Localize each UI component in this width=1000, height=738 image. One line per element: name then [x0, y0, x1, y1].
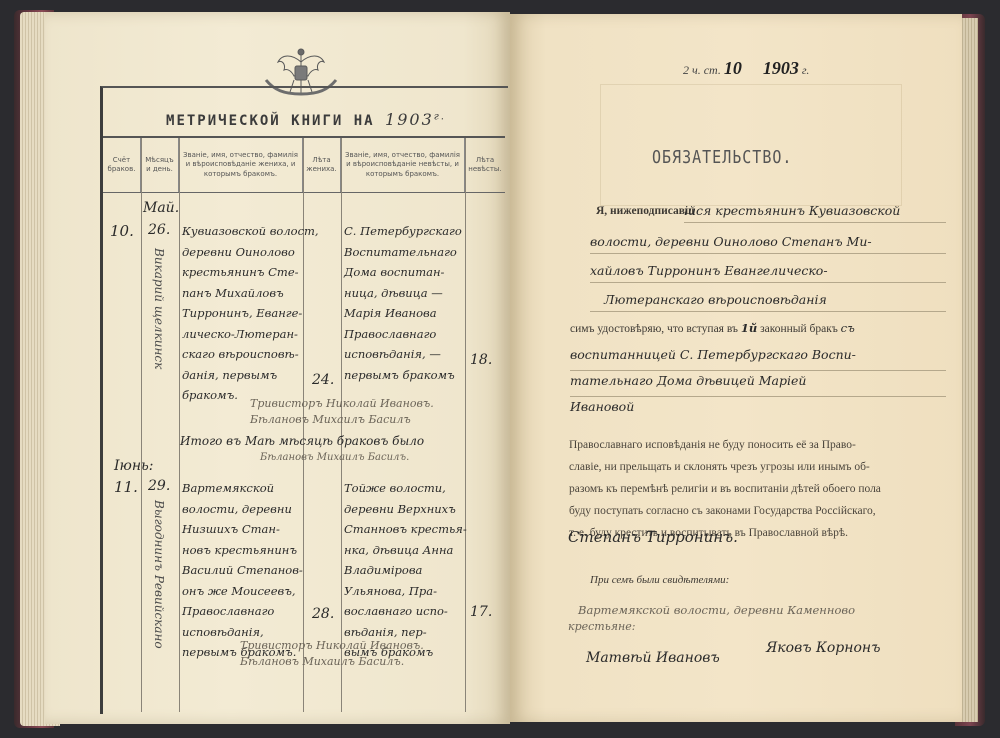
- witnesses-handwritten-line-1: Вартемякской волости, деревни Каменново: [578, 603, 855, 617]
- entry-1-bride: С. Петербургскаго Воспитательнаго Дома в…: [344, 221, 462, 385]
- stamp-prefix: 2 ч. ст.: [683, 63, 721, 77]
- column-divider: [141, 138, 142, 712]
- entry-1-officiant-note: Викарий щелкинск: [152, 248, 166, 398]
- entry-2-month: Іюнь:: [114, 458, 153, 474]
- column-divider: [179, 138, 180, 712]
- handwritten-line-2: волости, деревни Оинолово Степанъ Ми-: [590, 234, 872, 249]
- open-register-book: МЕТРИЧЕСКОЙ КНИГИ НА 1903г. Счёт браков.…: [0, 0, 1000, 738]
- entry-2-bride: Тойже волости, деревни Верхнихъ Станновъ…: [344, 478, 467, 663]
- fill-in-line: [590, 282, 946, 283]
- handwritten-line-3: хайловъ Тирронинъ Евангелическо-: [590, 263, 828, 278]
- intro-printed-text: Я, нижеподписавш: [596, 205, 695, 217]
- stamp-number: 10: [724, 58, 742, 78]
- bleed-through-frame: [600, 84, 902, 206]
- register-header-row: Счёт браков. Мѣсяцъ и день. Званіе, имя,…: [103, 138, 505, 193]
- month-summary-subnote: Бѣлановъ Михаилъ Басилъ.: [260, 452, 409, 463]
- entry-2-groom-age: 28.: [312, 606, 334, 622]
- certify-printed-text: симъ удостовѣряю, что вступая въ 1й зако…: [570, 321, 855, 335]
- entry-2-witnesses: Тривисторъ Николай Ивановъ. Бѣлановъ Мих…: [240, 638, 424, 670]
- entry-1-groom-age: 24.: [312, 372, 334, 388]
- bride-handwritten-line-3: Ивановой: [570, 399, 634, 414]
- entry-1-bride-age: 18.: [470, 352, 492, 368]
- register-title-text: МЕТРИЧЕСКОЙ КНИГИ НА: [166, 113, 375, 129]
- fill-in-line: [590, 311, 946, 312]
- entry-2-officiant-note: Выгоднинъ Ревийскано: [152, 500, 166, 670]
- column-header-bride-age: Лѣта невѣсты.: [465, 138, 505, 192]
- entry-1-day: 26.: [148, 222, 170, 238]
- entry-1-witnesses: Тривисторъ Николай Ивановъ. Бѣлановъ Мих…: [250, 396, 434, 428]
- bride-handwritten-line-2: тательнаго Дома дѣвицей Маріей: [570, 373, 806, 388]
- month-summary-note: Итого въ Маѣ мѣсяцѣ браковъ было: [180, 434, 424, 448]
- bride-handwritten-line-1: воспитанницей С. Петербургскаго Воспи-: [570, 347, 856, 362]
- fill-in-line: [590, 253, 946, 254]
- column-header-bride: Званіе, имя, отчество, фамилія и вѣроисп…: [341, 138, 465, 192]
- handwritten-line-4: Лютеранскаго вѣроисповѣданія: [604, 292, 827, 307]
- witnesses-handwritten-line-2: крестьяне:: [568, 620, 635, 633]
- entry-2-bride-age: 17.: [470, 604, 492, 620]
- entry-2-number: 11.: [114, 478, 138, 496]
- column-header-month-day: Мѣсяцъ и день.: [141, 138, 179, 192]
- register-title: МЕТРИЧЕСКОЙ КНИГИ НА 1903г.: [108, 110, 504, 129]
- fill-in-line: [684, 222, 946, 223]
- register-year: 1903: [385, 110, 434, 129]
- witnesses-label: При семъ были свидѣтелями:: [590, 574, 729, 586]
- entry-2-day: 29.: [148, 478, 170, 494]
- stamp-suffix: г.: [802, 63, 810, 77]
- column-header-groom: Званіе, имя, отчество, фамилія и вѣроисп…: [179, 138, 303, 192]
- handwritten-line-1: ійся крестьянинъ Кувиазовской: [684, 203, 900, 218]
- register-year-suffix: г.: [434, 111, 446, 122]
- entry-1-groom: Кувиазовской волост, деревни Оиноловo кр…: [182, 221, 319, 406]
- column-header-groom-age: Лѣта жениха.: [303, 138, 341, 192]
- entry-2-groom: Вартемякской волости, деревни Низшихъ Ст…: [182, 478, 303, 663]
- page-reference-stamp: 2 ч. ст. 10 1903 г.: [683, 58, 809, 79]
- fill-in-line: [570, 370, 946, 371]
- document-title: ОБЯЗАТЕЛЬСТВО.: [652, 146, 792, 168]
- entry-1-number: 10.: [110, 222, 134, 240]
- groom-signature: Степанъ Тирронинъ.: [568, 528, 738, 546]
- fill-in-line: [570, 396, 946, 397]
- entry-1-month: Май.: [143, 200, 179, 216]
- witness-signature-2: Яковъ Корнонъ: [766, 640, 880, 656]
- column-header-marriage-count: Счёт браков.: [103, 138, 141, 192]
- witness-signature-1: Матвѣй Ивановъ: [586, 650, 720, 666]
- stamp-year: 1903: [763, 58, 799, 78]
- page-stack-right: [960, 18, 978, 722]
